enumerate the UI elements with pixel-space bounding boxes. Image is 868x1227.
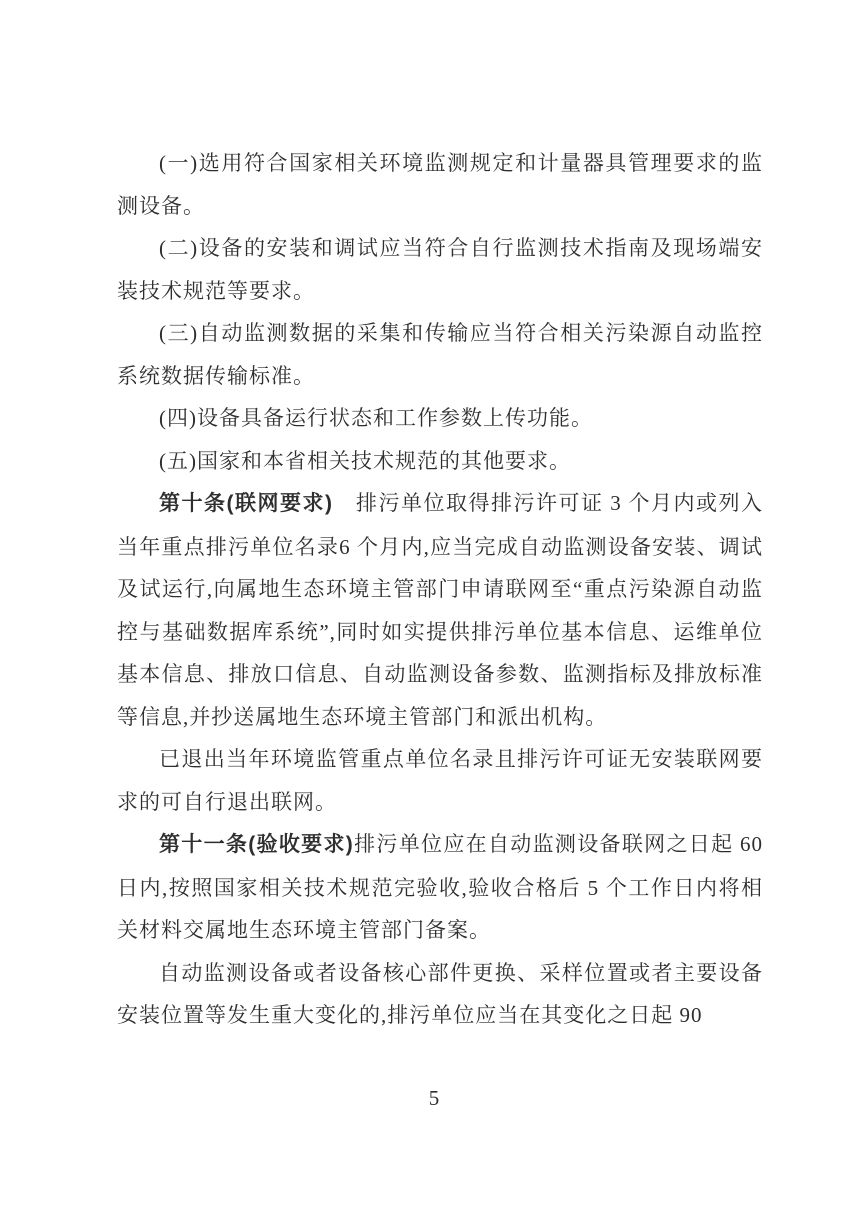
document-content: (一)选用符合国家相关环境监测规定和计量器具管理要求的监测设备。(二)设备的安装… [117, 142, 763, 1037]
paragraph: (五)国家和本省相关技术规范的其他要求。 [117, 440, 763, 483]
paragraph: 自动监测设备或者设备核心部件更换、采样位置或者主要设备安装位置等发生重大变化的,… [117, 952, 763, 1037]
paragraph: 已退出当年环境监管重点单位名录且排污许可证无安装联网要求的可自行退出联网。 [117, 738, 763, 823]
document-page: (一)选用符合国家相关环境监测规定和计量器具管理要求的监测设备。(二)设备的安装… [0, 0, 868, 1227]
paragraph: (三)自动监测数据的采集和传输应当符合相关污染源自动监控系统数据传输标准。 [117, 312, 763, 397]
article-heading: 第十一条(验收要求) [159, 833, 354, 856]
article-heading: 第十条(联网要求) [159, 492, 333, 515]
article-paragraph: 第十条(联网要求) 排污单位取得排污许可证 3 个月内或列入当年重点排污单位名录… [117, 482, 763, 738]
paragraph: (二)设备的安装和调试应当符合自行监测技术指南及现场端安装技术规范等要求。 [117, 227, 763, 312]
paragraph: (四)设备具备运行状态和工作参数上传功能。 [117, 397, 763, 440]
article-paragraph: 第十一条(验收要求)排污单位应在自动监测设备联网之日起 60 日内,按照国家相关… [117, 823, 763, 952]
paragraph: (一)选用符合国家相关环境监测规定和计量器具管理要求的监测设备。 [117, 142, 763, 227]
page-number: 5 [0, 1086, 868, 1111]
